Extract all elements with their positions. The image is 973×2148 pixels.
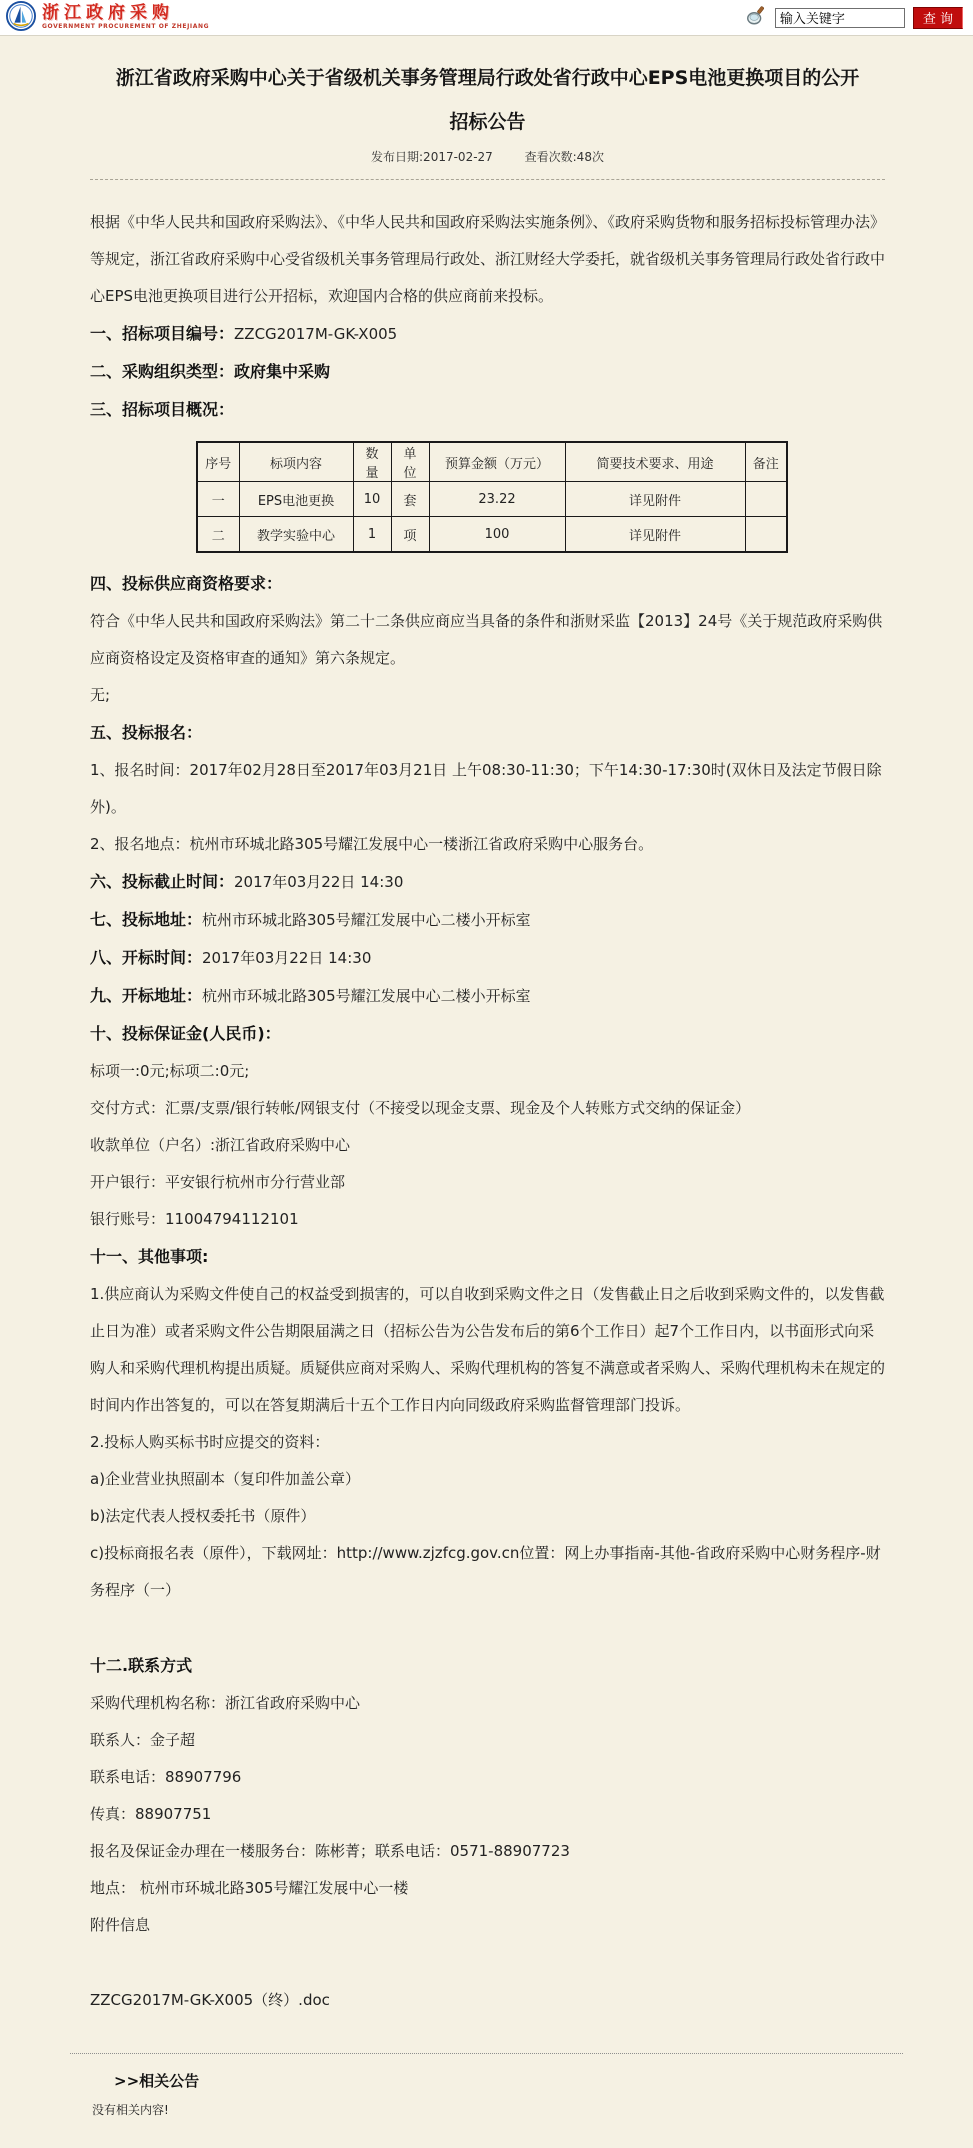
article-meta: 发布日期:2017-02-27 查看次数:48次 bbox=[90, 148, 885, 165]
section-label: 五、投标报名： bbox=[90, 723, 202, 742]
related-divider bbox=[70, 2053, 903, 2054]
section-label: 二、采购组织类型：政府集中采购 bbox=[90, 362, 330, 381]
paragraph: 开户银行：平安银行杭州市分行营业部 bbox=[90, 1164, 885, 1201]
view-count: 查看次数:48次 bbox=[525, 150, 604, 164]
paragraph: 2、报名地点：杭州市环城北路305号耀江发展中心一楼浙江省政府采购中心服务台。 bbox=[90, 826, 885, 863]
table-header-row: 序号标项内容数量单位预算金额（万元）简要技术要求、用途备注 bbox=[197, 442, 787, 482]
text-run: 联系人：金子超 bbox=[90, 1731, 195, 1749]
content-area: 浙江省政府采购中心关于省级机关事务管理局行政处省行政中心EPS电池更换项目的公开… bbox=[0, 36, 973, 2148]
table-row: 二教学实验中心1项100详见附件 bbox=[197, 517, 787, 553]
table-cell: 项 bbox=[391, 517, 429, 553]
section-registration-heading: 五、投标报名： bbox=[90, 714, 885, 752]
table-header-cell: 单位 bbox=[391, 442, 429, 482]
paragraph: 2.投标人购买标书时应提交的资料： bbox=[90, 1424, 885, 1461]
site-logo: 浙江政府采购 GOVERNMENT PROCUREMENT OF ZHEJIAN… bbox=[6, 1, 209, 35]
text-run: c)投标商报名表（原件），下载网址：http://www.zjzfcg.gov.… bbox=[90, 1544, 881, 1599]
text-run: 2、报名地点：杭州市环城北路305号耀江发展中心一楼浙江省政府采购中心服务台。 bbox=[90, 835, 653, 853]
section-open-time: 八、开标时间：2017年03月22日 14:30 bbox=[90, 939, 885, 977]
table-row: 一EPS电池更换10套23.22详见附件 bbox=[197, 482, 787, 517]
paragraph: 采购代理机构名称：浙江省政府采购中心 bbox=[90, 1685, 885, 1722]
spacer bbox=[90, 1609, 885, 1647]
table-cell: 1 bbox=[353, 517, 391, 553]
table-cell: 一 bbox=[197, 482, 239, 517]
paragraph: 1.供应商认为采购文件使自己的权益受到损害的，可以自收到采购文件之日（发售截止日… bbox=[90, 1276, 885, 1424]
article-body: 根据《中华人民共和国政府采购法》、《中华人民共和国政府采购法实施条例》、《政府采… bbox=[90, 204, 885, 2019]
table-header-cell: 预算金额（万元） bbox=[429, 442, 565, 482]
related-empty-text: 没有相关内容! bbox=[92, 2101, 885, 2118]
table-header-cell: 简要技术要求、用途 bbox=[565, 442, 745, 482]
page-title: 浙江省政府采购中心关于省级机关事务管理局行政处省行政中心EPS电池更换项目的公开… bbox=[108, 56, 868, 144]
related-announcements-heading: >>相关公告 bbox=[114, 2070, 885, 2091]
table-cell: 详见附件 bbox=[565, 517, 745, 553]
section-qualification-heading: 四、投标供应商资格要求： bbox=[90, 565, 885, 603]
table-cell bbox=[745, 517, 787, 553]
publish-date: 发布日期:2017-02-27 bbox=[371, 150, 493, 164]
text-run: 1、报名时间：2017年02月28日至2017年03月21日 上午08:30-1… bbox=[90, 761, 882, 816]
section-label: 一、招标项目编号： bbox=[90, 324, 234, 343]
section-label: 八、开标时间： bbox=[90, 948, 202, 967]
paragraph: 交付方式：汇票/支票/银行转帐/网银支付（不接受以现金支票、现金及个人转账方式交… bbox=[90, 1090, 885, 1127]
text-run: 交付方式：汇票/支票/银行转帐/网银支付（不接受以现金支票、现金及个人转账方式交… bbox=[90, 1099, 750, 1117]
top-header-bar: 浙江政府采购 GOVERNMENT PROCUREMENT OF ZHEJIAN… bbox=[0, 0, 973, 36]
search-input[interactable] bbox=[775, 8, 905, 28]
table-cell: 二 bbox=[197, 517, 239, 553]
table-cell: 23.22 bbox=[429, 482, 565, 517]
table-cell: 100 bbox=[429, 517, 565, 553]
section-bid-address: 七、投标地址：杭州市环城北路305号耀江发展中心二楼小开标室 bbox=[90, 901, 885, 939]
text-run: 2017年03月22日 14:30 bbox=[234, 873, 403, 891]
paragraph: 银行账号：11004794112101 bbox=[90, 1201, 885, 1238]
table-header-cell: 备注 bbox=[745, 442, 787, 482]
text-run: 根据《中华人民共和国政府采购法》、《中华人民共和国政府采购法实施条例》、《政府采… bbox=[90, 213, 885, 305]
paragraph: 标项一:0元;标项二:0元; bbox=[90, 1053, 885, 1090]
text-run: 地点： 杭州市环城北路305号耀江发展中心一楼 bbox=[90, 1879, 408, 1897]
section-project-number: 一、招标项目编号：ZZCG2017M-GK-X005 bbox=[90, 315, 885, 353]
text-run: ZZCG2017M-GK-X005 bbox=[234, 325, 397, 343]
section-open-address: 九、开标地址：杭州市环城北路305号耀江发展中心二楼小开标室 bbox=[90, 977, 885, 1015]
text-run: 标项一:0元;标项二:0元; bbox=[90, 1062, 249, 1080]
section-label: 三、招标项目概况： bbox=[90, 400, 234, 419]
paragraph: 联系人：金子超 bbox=[90, 1722, 885, 1759]
table-cell: 10 bbox=[353, 482, 391, 517]
search-bar: 查 询 bbox=[745, 5, 963, 31]
table-header-cell: 数量 bbox=[353, 442, 391, 482]
paragraph: 地点： 杭州市环城北路305号耀江发展中心一楼 bbox=[90, 1870, 885, 1907]
paragraph: 联系电话：88907796 bbox=[90, 1759, 885, 1796]
text-run: ZZCG2017M-GK-X005（终）.doc bbox=[90, 1991, 330, 2009]
logo-emblem-icon bbox=[6, 1, 36, 35]
paragraph: a)企业营业执照副本（复印件加盖公章） bbox=[90, 1461, 885, 1498]
table-header-cell: 序号 bbox=[197, 442, 239, 482]
intro-paragraph: 根据《中华人民共和国政府采购法》、《中华人民共和国政府采购法实施条例》、《政府采… bbox=[90, 204, 885, 315]
text-run: 银行账号：11004794112101 bbox=[90, 1210, 299, 1228]
text-run: 杭州市环城北路305号耀江发展中心二楼小开标室 bbox=[202, 911, 531, 929]
text-run: b)法定代表人授权委托书（原件） bbox=[90, 1507, 315, 1525]
paragraph: 收款单位（户名）:浙江省政府采购中心 bbox=[90, 1127, 885, 1164]
text-run: 杭州市环城北路305号耀江发展中心二楼小开标室 bbox=[202, 987, 531, 1005]
section-other-heading: 十一、其他事项: bbox=[90, 1238, 885, 1276]
table-cell: 套 bbox=[391, 482, 429, 517]
section-label: 六、投标截止时间： bbox=[90, 872, 234, 891]
related-announcements-section: >>相关公告 没有相关内容! bbox=[90, 2053, 885, 2118]
paragraph: 符合《中华人民共和国政府采购法》第二十二条供应商应当具备的条件和浙财采监【201… bbox=[90, 603, 885, 677]
text-run: a)企业营业执照副本（复印件加盖公章） bbox=[90, 1470, 360, 1488]
paragraph: 报名及保证金办理在一楼服务台：陈彬菁；联系电话：0571-88907723 bbox=[90, 1833, 885, 1870]
section-bid-deadline: 六、投标截止时间：2017年03月22日 14:30 bbox=[90, 863, 885, 901]
text-run: 无; bbox=[90, 686, 110, 704]
text-run: 符合《中华人民共和国政府采购法》第二十二条供应商应当具备的条件和浙财采监【201… bbox=[90, 612, 882, 667]
text-run: 传真：88907751 bbox=[90, 1805, 211, 1823]
table-cell: 详见附件 bbox=[565, 482, 745, 517]
attachment-info-label: 附件信息 bbox=[90, 1907, 885, 1944]
paragraph: c)投标商报名表（原件），下载网址：http://www.zjzfcg.gov.… bbox=[90, 1535, 885, 1609]
section-deposit-heading: 十、投标保证金(人民币)： bbox=[90, 1015, 885, 1053]
text-run: 1.供应商认为采购文件使自己的权益受到损害的，可以自收到采购文件之日（发售截止日… bbox=[90, 1285, 885, 1414]
magnifier-icon bbox=[745, 5, 767, 31]
table-cell: EPS电池更换 bbox=[239, 482, 353, 517]
section-org-type: 二、采购组织类型：政府集中采购 bbox=[90, 353, 885, 391]
text-run: 采购代理机构名称：浙江省政府采购中心 bbox=[90, 1694, 360, 1712]
section-label: 九、开标地址： bbox=[90, 986, 202, 1005]
text-run: 开户银行：平安银行杭州市分行营业部 bbox=[90, 1173, 345, 1191]
section-overview-heading: 三、招标项目概况： bbox=[90, 391, 885, 429]
table-cell bbox=[745, 482, 787, 517]
section-label: 四、投标供应商资格要求： bbox=[90, 574, 282, 593]
table-header-cell: 标项内容 bbox=[239, 442, 353, 482]
section-label: 十、投标保证金(人民币)： bbox=[90, 1024, 281, 1043]
paragraph: 无; bbox=[90, 677, 885, 714]
text-run: 2017年03月22日 14:30 bbox=[202, 949, 371, 967]
text-run: 联系电话：88907796 bbox=[90, 1768, 241, 1786]
search-button[interactable]: 查 询 bbox=[913, 7, 963, 29]
section-label: 十二.联系方式 bbox=[90, 1656, 192, 1675]
text-run: 附件信息 bbox=[90, 1916, 150, 1934]
section-label: 七、投标地址： bbox=[90, 910, 202, 929]
logo-subtitle: GOVERNMENT PROCUREMENT OF ZHEJIANG bbox=[42, 24, 209, 30]
paragraph: 1、报名时间：2017年02月28日至2017年03月21日 上午08:30-1… bbox=[90, 752, 885, 826]
text-run: 收款单位（户名）:浙江省政府采购中心 bbox=[90, 1136, 350, 1154]
attachment-link[interactable]: ZZCG2017M-GK-X005（终）.doc bbox=[90, 1982, 885, 2019]
project-overview-table: 序号标项内容数量单位预算金额（万元）简要技术要求、用途备注一EPS电池更换10套… bbox=[196, 441, 788, 553]
paragraph: 传真：88907751 bbox=[90, 1796, 885, 1833]
section-contact-heading: 十二.联系方式 bbox=[90, 1647, 885, 1685]
table-cell: 教学实验中心 bbox=[239, 517, 353, 553]
spacer bbox=[90, 1944, 885, 1982]
text-run: 报名及保证金办理在一楼服务台：陈彬菁；联系电话：0571-88907723 bbox=[90, 1842, 570, 1860]
paragraph: b)法定代表人授权委托书（原件） bbox=[90, 1498, 885, 1535]
logo-title: 浙江政府采购 bbox=[42, 5, 209, 22]
section-label: 十一、其他事项: bbox=[90, 1247, 208, 1266]
meta-divider bbox=[90, 179, 885, 180]
text-run: 2.投标人购买标书时应提交的资料： bbox=[90, 1433, 329, 1451]
